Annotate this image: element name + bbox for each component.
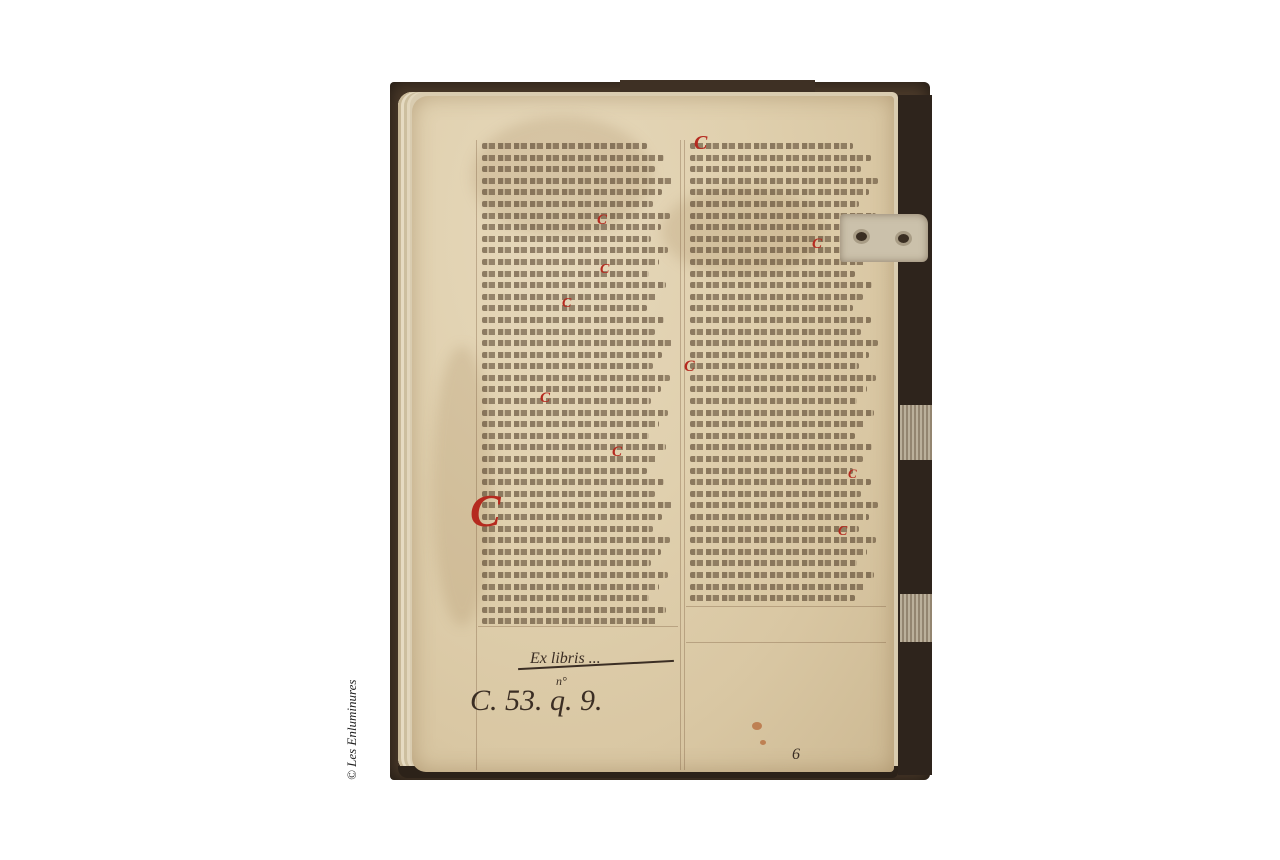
text-line bbox=[482, 259, 659, 265]
text-line bbox=[690, 572, 874, 578]
text-line bbox=[482, 595, 649, 601]
text-line bbox=[482, 213, 670, 219]
text-line bbox=[482, 607, 666, 613]
spine-band-2 bbox=[900, 594, 932, 642]
text-line bbox=[482, 491, 655, 497]
stain-spot bbox=[760, 740, 766, 745]
text-line bbox=[482, 572, 668, 578]
text-line bbox=[482, 537, 670, 543]
text-line bbox=[482, 456, 657, 462]
text-line bbox=[482, 317, 664, 323]
red-initial: C bbox=[684, 358, 695, 376]
text-line bbox=[482, 363, 653, 369]
red-initial: C bbox=[540, 390, 550, 407]
text-line bbox=[690, 560, 857, 566]
text-line bbox=[690, 282, 872, 288]
text-line bbox=[482, 410, 668, 416]
text-line bbox=[690, 456, 863, 462]
text-line bbox=[690, 155, 871, 161]
spine-band-1 bbox=[900, 405, 932, 460]
text-line bbox=[482, 271, 649, 277]
text-line bbox=[690, 271, 855, 277]
text-line bbox=[690, 178, 878, 184]
ruling-line bbox=[686, 642, 886, 643]
text-line bbox=[690, 329, 861, 335]
red-initial: C bbox=[600, 262, 609, 278]
ruling-line bbox=[476, 140, 477, 770]
text-line bbox=[482, 479, 664, 485]
red-initial: C bbox=[694, 132, 707, 155]
text-line bbox=[690, 479, 871, 485]
red-initial: C bbox=[812, 236, 822, 253]
text-line bbox=[482, 178, 672, 184]
text-line bbox=[482, 421, 659, 427]
text-line bbox=[482, 340, 672, 346]
text-line bbox=[690, 352, 869, 358]
stain-spot bbox=[752, 722, 762, 730]
text-line bbox=[690, 444, 872, 450]
ruling-line bbox=[686, 606, 886, 607]
text-line bbox=[690, 433, 855, 439]
text-line bbox=[690, 201, 859, 207]
ruling-line bbox=[684, 140, 685, 770]
text-line bbox=[690, 514, 869, 520]
text-line bbox=[690, 363, 859, 369]
text-line bbox=[482, 584, 659, 590]
text-line bbox=[690, 375, 876, 381]
text-line bbox=[482, 398, 651, 404]
text-line bbox=[482, 166, 655, 172]
text-line bbox=[482, 549, 661, 555]
text-line bbox=[690, 595, 855, 601]
text-line bbox=[690, 166, 861, 172]
red-initial: C bbox=[848, 466, 857, 482]
text-line bbox=[690, 537, 876, 543]
text-line bbox=[690, 386, 867, 392]
text-line bbox=[690, 410, 874, 416]
page-mark: 6 bbox=[792, 746, 800, 764]
text-line bbox=[482, 526, 653, 532]
text-line bbox=[690, 502, 878, 508]
text-line bbox=[690, 305, 853, 311]
text-line bbox=[690, 584, 865, 590]
text-line bbox=[690, 549, 867, 555]
red-initial: C bbox=[838, 524, 847, 540]
text-line bbox=[482, 189, 662, 195]
text-line bbox=[482, 236, 651, 242]
text-line bbox=[482, 155, 664, 161]
text-line bbox=[690, 236, 857, 242]
text-line bbox=[690, 294, 863, 300]
ruling-line bbox=[680, 140, 681, 770]
text-line bbox=[482, 502, 672, 508]
text-line bbox=[482, 224, 661, 230]
text-line bbox=[482, 386, 661, 392]
text-line bbox=[482, 352, 662, 358]
text-line bbox=[690, 317, 871, 323]
text-line bbox=[690, 491, 861, 497]
text-line bbox=[690, 259, 865, 265]
text-line bbox=[690, 189, 869, 195]
text-line bbox=[690, 421, 865, 427]
red-initial-large: C bbox=[470, 484, 501, 537]
text-line bbox=[482, 375, 670, 381]
red-initial: C bbox=[562, 296, 571, 312]
text-line bbox=[690, 468, 853, 474]
left-text-column bbox=[482, 143, 674, 628]
text-line bbox=[690, 398, 857, 404]
photo-credit: © Les Enluminures bbox=[344, 660, 364, 780]
text-line bbox=[690, 526, 859, 532]
text-line bbox=[482, 514, 662, 520]
clasp-hole bbox=[898, 234, 909, 243]
shelfmark: C. 53. q. 9. bbox=[470, 684, 603, 718]
text-line bbox=[482, 282, 666, 288]
text-line bbox=[482, 201, 653, 207]
text-line bbox=[690, 143, 853, 149]
text-line bbox=[482, 143, 647, 149]
text-line bbox=[482, 618, 657, 624]
text-line bbox=[482, 433, 649, 439]
text-line bbox=[482, 468, 647, 474]
text-line bbox=[482, 329, 655, 335]
metal-clasp bbox=[840, 214, 928, 262]
red-initial: C bbox=[597, 212, 607, 229]
red-initial: C bbox=[612, 444, 622, 461]
text-line bbox=[690, 340, 878, 346]
text-line bbox=[482, 560, 651, 566]
right-text-column bbox=[690, 143, 880, 603]
shelfmark-superscript: n° bbox=[556, 674, 567, 689]
text-line bbox=[482, 247, 668, 253]
text-line bbox=[482, 444, 666, 450]
clasp-hole bbox=[856, 232, 867, 241]
